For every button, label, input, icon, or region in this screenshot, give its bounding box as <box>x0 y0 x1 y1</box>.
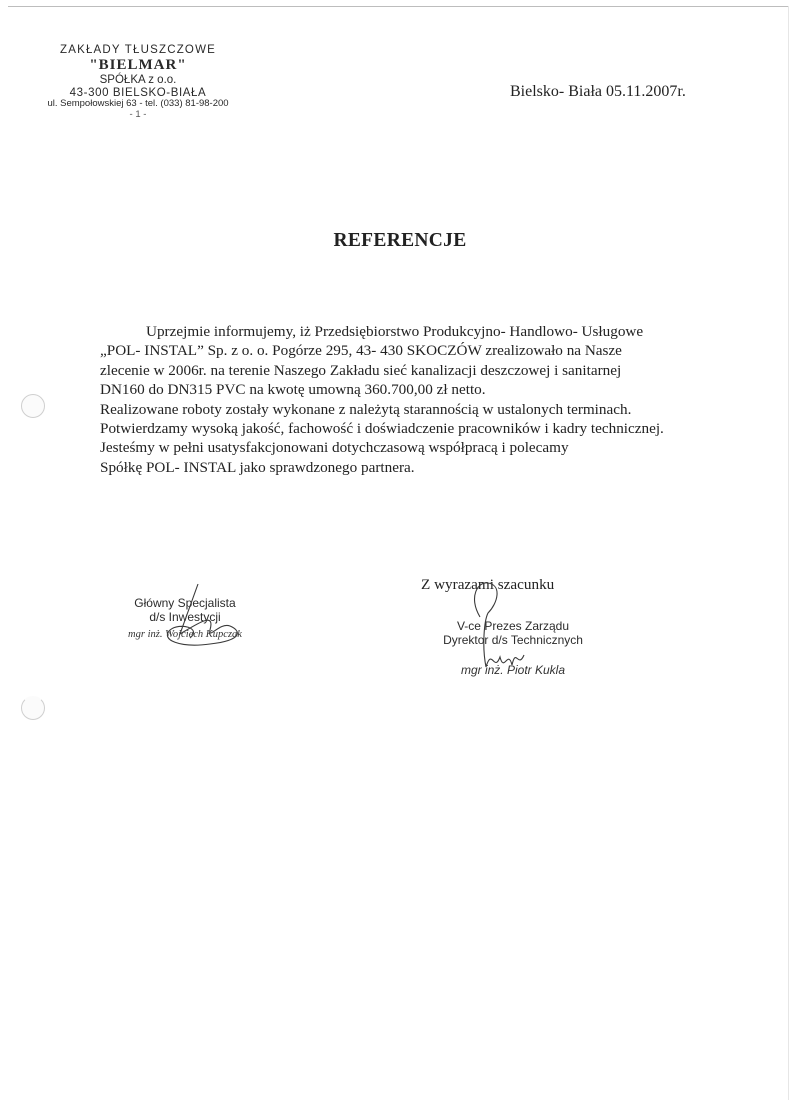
signer-right-role-2: Dyrektor d/s Technicznych <box>418 633 608 647</box>
stamp-legal-form: SPÓŁKA z o.o. <box>38 74 238 87</box>
signer-left-role-1: Główny Specjalista <box>110 596 260 610</box>
signer-right-role-1: V-ce Prezes Zarządu <box>418 619 608 633</box>
letter-body: Uprzejmie informujemy, iż Przedsiębiorst… <box>100 322 740 477</box>
letter-date: Bielsko- Biała 05.11.2007r. <box>510 83 686 101</box>
body-line: zlecenie w 2006r. na terenie Naszego Zak… <box>100 361 740 380</box>
punch-hole-top <box>21 394 45 418</box>
body-line: Spółkę POL- INSTAL jako sprawdzonego par… <box>100 458 740 477</box>
company-header-stamp: ZAKŁADY TŁUSZCZOWE "BIELMAR" SPÓŁKA z o.… <box>38 44 238 121</box>
document-title: REFERENCJE <box>0 230 800 252</box>
closing-salutation: Z wyrazami szacunku <box>421 576 554 594</box>
scan-page-edge-right <box>788 6 789 1100</box>
scan-page-edge-top <box>8 6 788 7</box>
signature-block-right: V-ce Prezes Zarządu Dyrektor d/s Technic… <box>418 619 608 677</box>
body-line: „POL- INSTAL” Sp. z o. o. Pogórze 295, 4… <box>100 341 740 360</box>
stamp-company-type: ZAKŁADY TŁUSZCZOWE <box>38 44 238 57</box>
signer-left-name: mgr inż. Wojciech Kupczak <box>110 629 260 640</box>
body-line: Uprzejmie informujemy, iż Przedsiębiorst… <box>100 322 740 341</box>
signature-block-left: Główny Specjalista d/s Inwestycji mgr in… <box>110 596 260 640</box>
stamp-company-name: "BIELMAR" <box>38 57 238 74</box>
body-line: Potwierdzamy wysoką jakość, fachowość i … <box>100 419 740 438</box>
signer-right-name: mgr inż. Piotr Kukla <box>418 663 608 677</box>
stamp-number: - 1 - <box>38 110 238 121</box>
punch-hole-bottom <box>21 696 45 720</box>
body-line: Realizowane roboty zostały wykonane z na… <box>100 400 740 419</box>
signer-left-role-2: d/s Inwestycji <box>110 610 260 624</box>
body-line: DN160 do DN315 PVC na kwotę umowną 360.7… <box>100 380 740 399</box>
body-line: Jesteśmy w pełni usatysfakcjonowani doty… <box>100 438 740 457</box>
